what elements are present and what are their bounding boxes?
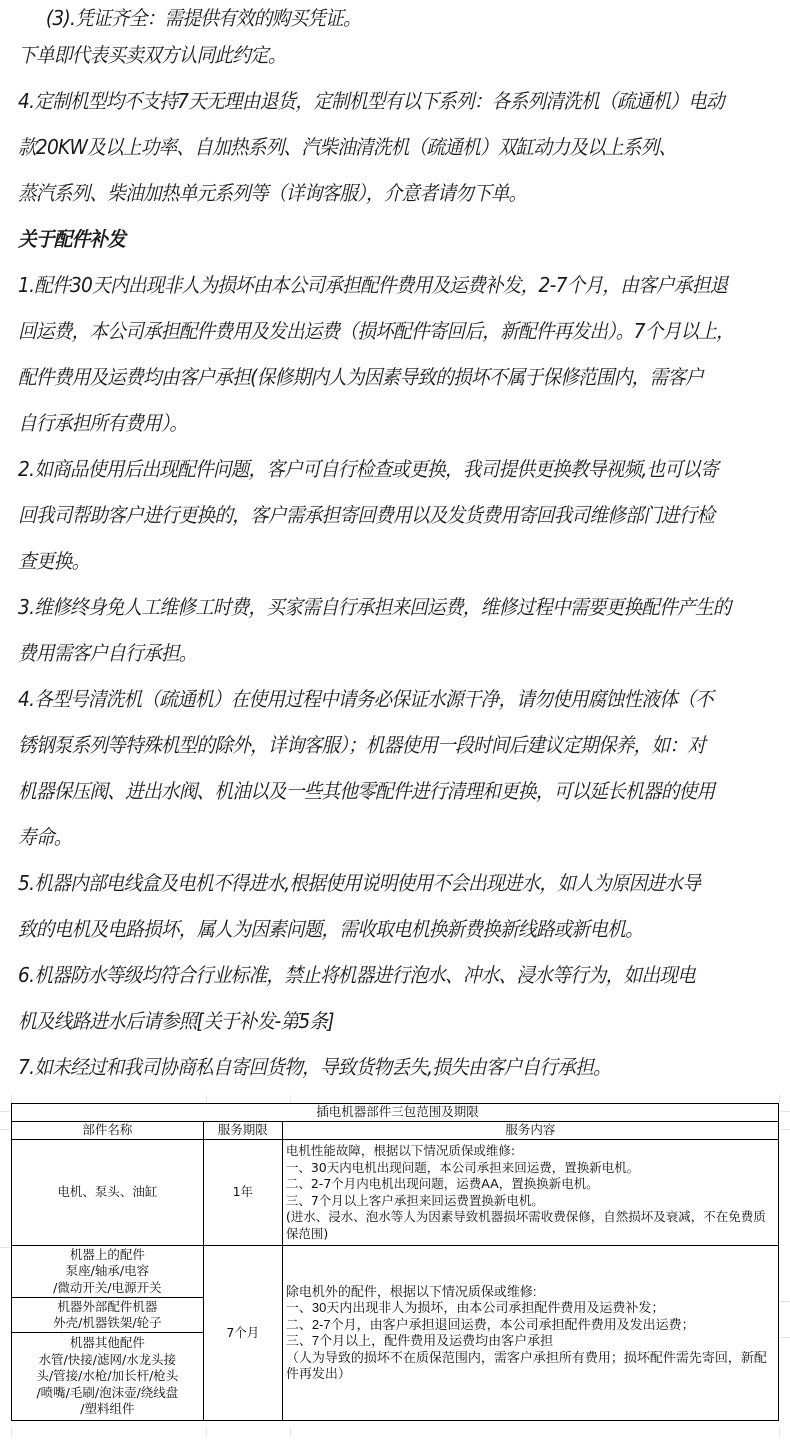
text-line: 寿命。 — [18, 820, 734, 866]
table-row: 机器上的配件 泵座/轴承/电容 /微动开关/电源开关 7个月 除电机外的配件，根… — [12, 1246, 779, 1298]
service-content-cell: 除电机外的配件，根据以下情况质保或维修: 一、30天内出现非人为损坏，由本公司承… — [282, 1246, 778, 1421]
header-service-period: 服务期限 — [203, 1122, 282, 1140]
part-name-cell: 机器上的配件 泵座/轴承/电容 /微动开关/电源开关 — [12, 1246, 204, 1298]
header-service-content: 服务内容 — [282, 1122, 778, 1140]
text-line: 查更换。 — [18, 544, 734, 590]
table-row: 电机、泵头、油缸 1年 电机性能故障，根据以下情况质保或维修: 一、30天内电机… — [12, 1140, 779, 1246]
text-line: 款20KW及以上功率、自加热系列、汽柴油清洗机（疏通机）双缸动力及以上系列、 — [18, 130, 734, 176]
service-content-cell: 电机性能故障，根据以下情况质保或维修: 一、30天内电机出现问题，本公司承担来回… — [282, 1140, 778, 1246]
text-line: 7.如未经过和我司协商私自寄回货物，导致货物丢失,损失由客户自行承担。 — [18, 1050, 734, 1096]
part-name-cell: 电机、泵头、油缸 — [12, 1140, 204, 1246]
section-heading: 关于配件补发 — [18, 222, 734, 268]
text-line: 机及线路进水后请参照[关于补发-第5条] — [18, 1004, 734, 1050]
warranty-table: 插电机器部件三包范围及期限 部件名称 服务期限 服务内容 电机、泵头、油缸 1年… — [11, 1103, 779, 1421]
part-name-cell: 机器其他配件 水管/快接/滤网/水龙头接 头/管接/水枪/加长杆/枪头 /喷嘴/… — [12, 1333, 204, 1421]
text-line: 5.机器内部电线盒及电机不得进水,根据使用说明使用不会出现进水，如人为原因进水导 — [18, 866, 734, 912]
text-line: 自行承担所有费用）。 — [18, 406, 734, 452]
text-line: (3).凭证齐全：需提供有效的购买凭证。 — [18, 0, 734, 38]
service-period-cell: 1年 — [203, 1140, 282, 1246]
text-line: 4.各型号清洗机（疏通机）在使用过程中请务必保证水源干净，请勿使用腐蚀性液体（不 — [18, 682, 734, 728]
text-line: 费用需客户自行承担。 — [18, 636, 734, 682]
text-line: 6.机器防水等级均符合行业标准，禁止将机器进行泡水、冲水、浸水等行为，如出现电 — [18, 958, 734, 1004]
text-line: 机器保压阀、进出水阀、机油以及一些其他零配件进行清理和更换，可以延长机器的使用 — [18, 774, 734, 820]
text-line: 回运费，本公司承担配件费用及发出运费（损坏配件寄回后，新配件再发出）。7个月以上… — [18, 314, 734, 360]
text-line: 3.维修终身免人工维修工时费，买家需自行承担来回运费，维修过程中需要更换配件产生… — [18, 590, 734, 636]
text-line: 下单即代表买卖双方认同此约定。 — [18, 38, 734, 84]
text-line: 蒸汽系列、柴油加热单元系列等（详询客服），介意者请勿下单。 — [18, 176, 734, 222]
header-part-name: 部件名称 — [12, 1122, 204, 1140]
text-line: 1.配件30天内出现非人为损坏由本公司承担配件费用及运费补发，2-7个月，由客户… — [18, 268, 734, 314]
part-name-cell: 机器外部配件机器 外壳/机器铁架/轮子 — [12, 1298, 204, 1333]
text-line: 致的电机及电路损坏，属人为因素问题，需收取电机换新费换新线路或新电机。 — [18, 912, 734, 958]
text-line: 4.定制机型均不支持7天无理由退货，定制机型有以下系列：各系列清洗机（疏通机）电… — [18, 84, 734, 130]
text-line: 锈钢泵系列等特殊机型的除外，详询客服）；机器使用一段时间后建议定期保养，如：对 — [18, 728, 734, 774]
text-line: 回我司帮助客户进行更换的，客户需承担寄回费用以及发货费用寄回我司维修部门进行检 — [18, 498, 734, 544]
policy-text: (3).凭证齐全：需提供有效的购买凭证。 下单即代表买卖双方认同此约定。 4.定… — [18, 0, 788, 1096]
text-line: 配件费用及运费均由客户承担(保修期内人为因素导致的损坏不属于保修范围内，需客户 — [18, 360, 734, 406]
service-period-cell: 7个月 — [203, 1246, 282, 1421]
table-title: 插电机器部件三包范围及期限 — [12, 1104, 779, 1122]
text-line: 2.如商品使用后出现配件问题，客户可自行检查或更换，我司提供更换教导视频,也可以… — [18, 452, 734, 498]
